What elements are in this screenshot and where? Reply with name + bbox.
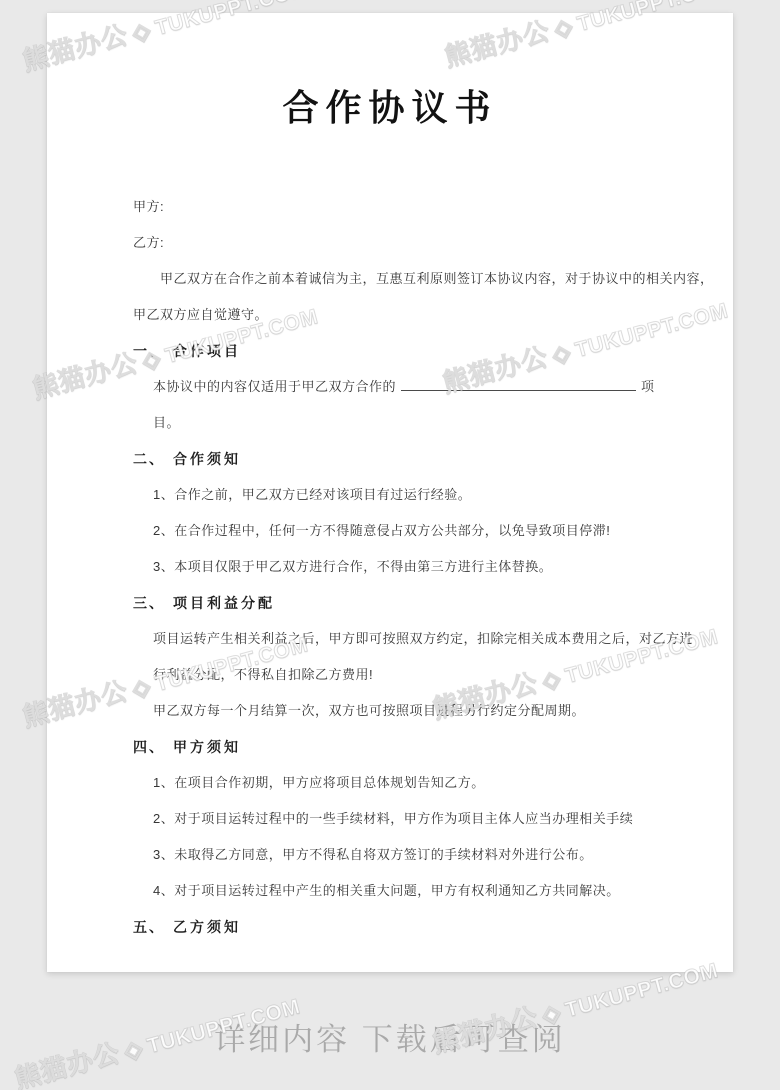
section-title: 甲方须知: [173, 739, 241, 755]
document-line: 1、在项目合作初期，甲方应将项目总体规划告知乙方。: [153, 765, 677, 801]
document-page: 合作协议书 甲方: 乙方: 甲乙双方在合作之前本着诚信为主，互惠互利原则签订本协…: [47, 13, 733, 972]
page-title: 合作协议书: [47, 88, 733, 128]
document-line: 2、对于项目运转过程中的一些手续材料，甲方作为项目主体人应当办理相关手续: [153, 801, 677, 837]
section-heading: 一、合作项目: [133, 333, 677, 369]
document-line: 甲乙双方每一个月结算一次，双方也可按照项目进程另行约定分配周期。: [153, 693, 677, 729]
footer-caption: 详细内容 下载后可查阅: [0, 1016, 780, 1064]
document-line: 本协议中的内容仅适用于甲乙双方合作的项目。: [153, 369, 677, 441]
document-line: 4、对于项目运转过程中产生的相关重大问题，甲方有权利通知乙方共同解决。: [153, 873, 677, 909]
document-line: 3、未取得乙方同意，甲方不得私自将双方签订的手续材料对外进行公布。: [153, 837, 677, 873]
section-number: 三、: [133, 585, 173, 621]
document-line: 3、本项目仅限于甲乙双方进行合作，不得由第三方进行主体替换。: [153, 549, 677, 585]
fill-in-blank: [401, 378, 636, 391]
section-title: 合作须知: [173, 451, 241, 467]
section-heading: 二、合作须知: [133, 441, 677, 477]
section-number: 一、: [133, 333, 173, 369]
intro-paragraph: 甲乙双方在合作之前本着诚信为主，互惠互利原则签订本协议内容，对于协议中的相关内容…: [133, 261, 715, 333]
section-heading: 五、乙方须知: [133, 909, 677, 945]
section-number: 二、: [133, 441, 173, 477]
section-number: 五、: [133, 909, 173, 945]
section-heading: 四、甲方须知: [133, 729, 677, 765]
section-number: 四、: [133, 729, 173, 765]
section-title: 项目利益分配: [173, 595, 275, 611]
document-line: 1、合作之前，甲乙双方已经对该项目有过运行经验。: [153, 477, 677, 513]
party-a-line: 甲方:: [133, 189, 677, 225]
section-heading: 三、项目利益分配: [133, 585, 677, 621]
document-body: 甲方: 乙方: 甲乙双方在合作之前本着诚信为主，互惠互利原则签订本协议内容，对于…: [133, 189, 677, 945]
sections: 一、合作项目本协议中的内容仅适用于甲乙双方合作的项目。二、合作须知1、合作之前，…: [133, 333, 677, 945]
section-title: 乙方须知: [173, 919, 241, 935]
section-title: 合作项目: [173, 343, 241, 359]
document-line: 项目运转产生相关利益之后，甲方即可按照双方约定，扣除完相关成本费用之后，对乙方进…: [153, 621, 701, 693]
document-line: 2、在合作过程中，任何一方不得随意侵占双方公共部分，以免导致项目停滞!: [153, 513, 677, 549]
blank-line-prefix: 本协议中的内容仅适用于甲乙双方合作的: [153, 379, 396, 394]
party-b-line: 乙方:: [133, 225, 677, 261]
